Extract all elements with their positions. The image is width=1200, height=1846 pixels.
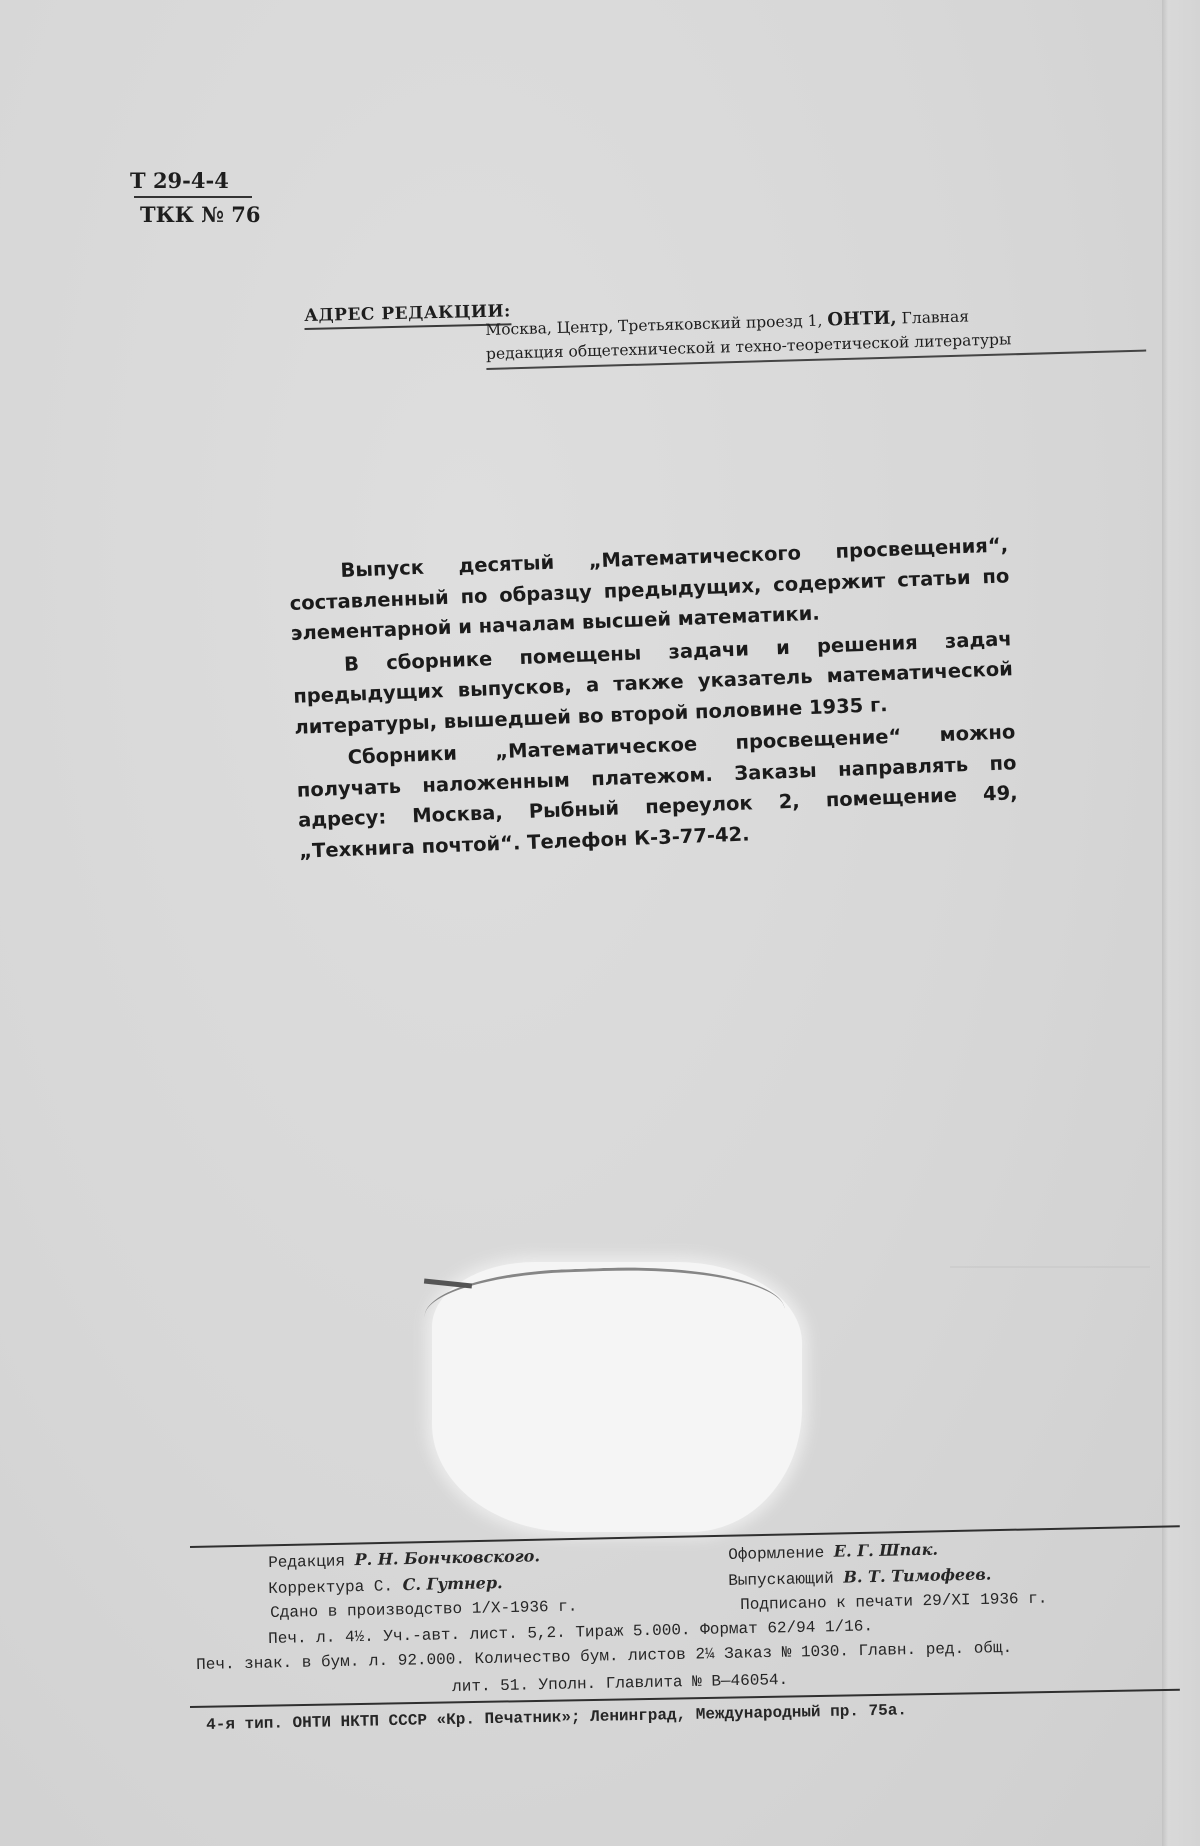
imprint-printer: 4-я тип. ОНТИ НКТП СССР «Кр. Печатник»; … [206,1701,907,1734]
imprint-signed-date: Подписано к печати 29/XI 1936 г. [740,1590,1048,1614]
imprint-lit: лит. 51. Уполн. Главлита № В—46054. [452,1671,788,1696]
design-name: Е. Г. Шпак. [834,1540,939,1561]
editor-label: Редакция [268,1552,345,1572]
editor-name: Р. Н. Бончковского. [354,1546,540,1569]
imprint-block: Редакция Р. Н. Бончковского. Оформление … [0,0,1200,1846]
proof-label: Корректура С. [268,1577,393,1598]
imprint-top-rule [190,1525,1180,1548]
proof-name: С. Гутнер. [402,1573,502,1594]
imprint-design: Оформление Е. Г. Шпак. [728,1540,938,1564]
imprint-production-date: Сдано в производство 1/X-1936 г. [270,1598,578,1622]
release-name: В. Т. Тимофеев. [843,1564,991,1586]
release-label: Выпускающий [728,1570,834,1590]
imprint-release: Выпускающий В. Т. Тимофеев. [728,1564,992,1590]
imprint-editor: Редакция Р. Н. Бончковского. [268,1546,540,1572]
design-label: Оформление [728,1544,824,1564]
imprint-proof: Корректура С. С. Гутнер. [268,1573,503,1598]
